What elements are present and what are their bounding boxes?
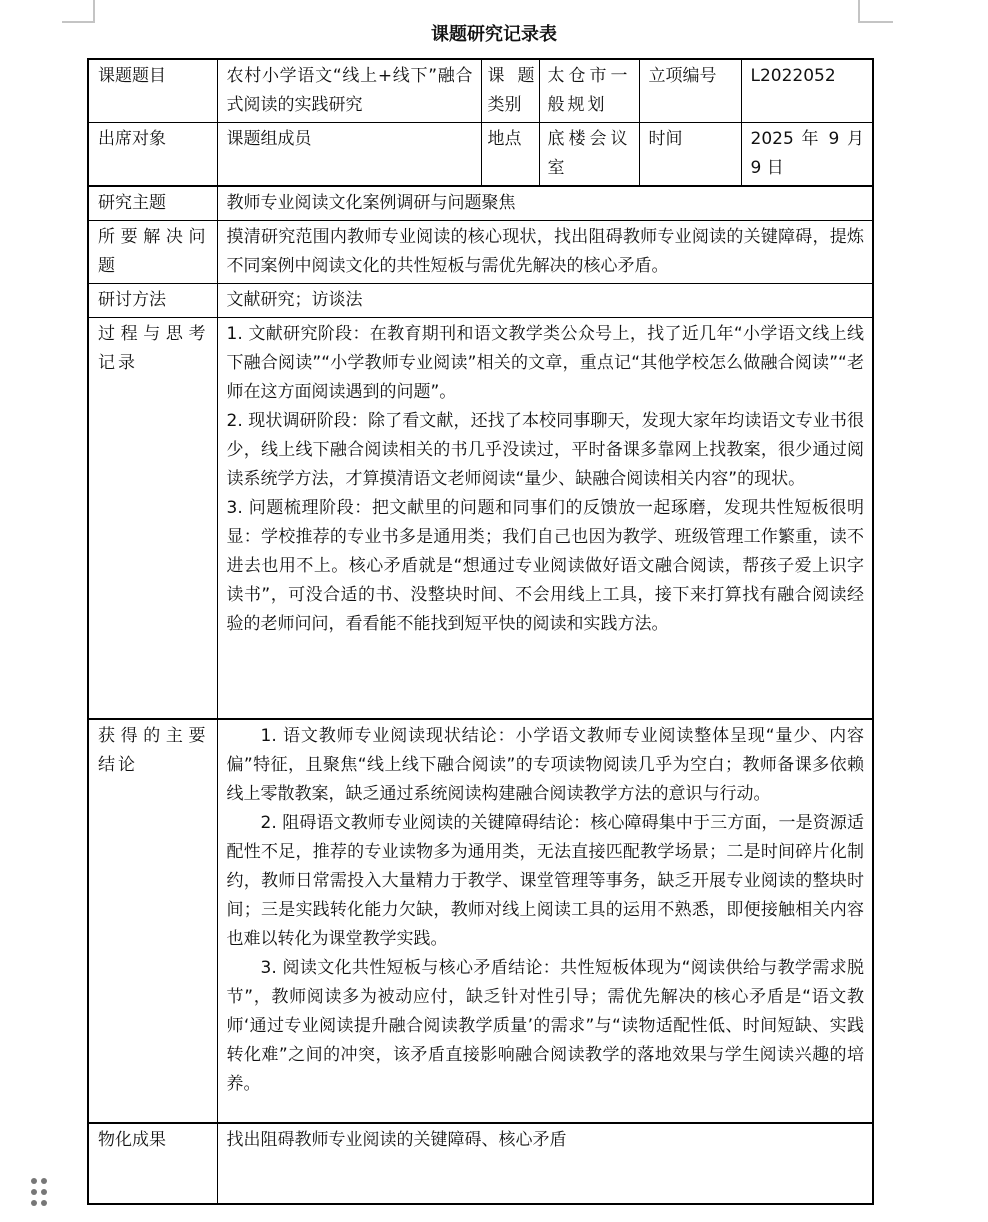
table-row-method: 研讨方法 文献研究；访谈法 (88, 284, 873, 318)
research-record-table: 课题题目 农村小学语文“线上+线下”融合式阅读的实践研究 课题类别 太仓市一般规… (87, 58, 874, 1205)
document-title: 课题研究记录表 (0, 20, 988, 46)
drag-dot (31, 1189, 37, 1195)
time-label: 时间 (639, 123, 741, 187)
method-value[interactable]: 文献研究；访谈法 (217, 284, 873, 318)
table-row-attendees: 出席对象 课题组成员 地点 底楼会议室 时间 2025 年 9 月 9 日 (88, 123, 873, 187)
problem-value[interactable]: 摸清研究范围内教师专业阅读的核心现状，找出阻碍教师专业阅读的关键障碍，提炼不同案… (217, 221, 873, 284)
method-label: 研讨方法 (88, 284, 217, 318)
conclusion-paragraph-3: 3. 阅读文化共性短板与核心矛盾结论：共性短板体现为“阅读供给与教学需求脱节”，… (227, 954, 865, 1099)
category-label: 课题类别 (481, 59, 539, 123)
process-record-value[interactable]: 1. 文献研究阶段：在教育期刊和语文教学类公众号上，找了近几年“小学语文线上线下… (217, 318, 873, 719)
drag-dot (41, 1200, 47, 1206)
main-conclusions-label: 获得的主要结论 (88, 719, 217, 1123)
problem-label: 所要解决问题 (88, 221, 217, 284)
main-conclusions-value[interactable]: 1. 语文教师专业阅读现状结论：小学语文教师专业阅读整体呈现“量少、内容偏”特征… (217, 719, 873, 1123)
table-row-problem: 所要解决问题 摸清研究范围内教师专业阅读的核心现状，找出阻碍教师专业阅读的关键障… (88, 221, 873, 284)
project-number-value[interactable]: L2022052 (741, 59, 873, 123)
table-row-outcome: 物化成果 找出阻碍教师专业阅读的关键障碍、核心矛盾 (88, 1123, 873, 1204)
drag-dot (41, 1178, 47, 1184)
attendees-value[interactable]: 课题组成员 (217, 123, 481, 187)
table-row-process-record: 过程与思考记录 1. 文献研究阶段：在教育期刊和语文教学类公众号上，找了近几年“… (88, 318, 873, 719)
drag-dot (31, 1178, 37, 1184)
table-row-research-theme: 研究主题 教师专业阅读文化案例调研与问题聚焦 (88, 186, 873, 221)
table-row-topic: 课题题目 农村小学语文“线上+线下”融合式阅读的实践研究 课题类别 太仓市一般规… (88, 59, 873, 123)
time-value[interactable]: 2025 年 9 月 9 日 (741, 123, 873, 187)
table-row-main-conclusions: 获得的主要结论 1. 语文教师专业阅读现状结论：小学语文教师专业阅读整体呈现“量… (88, 719, 873, 1123)
research-theme-label: 研究主题 (88, 186, 217, 221)
project-number-label: 立项编号 (639, 59, 741, 123)
attendees-label: 出席对象 (88, 123, 217, 187)
research-theme-value[interactable]: 教师专业阅读文化案例调研与问题聚焦 (217, 186, 873, 221)
process-paragraph-3: 3. 问题梳理阶段：把文献里的问题和同事们的反馈放一起琢磨，发现共性短板很明显：… (227, 494, 865, 639)
conclusion-paragraph-2: 2. 阻碍语文教师专业阅读的关键障碍结论：核心障碍集中于三方面，一是资源适配性不… (227, 809, 865, 954)
topic-label: 课题题目 (88, 59, 217, 123)
outcome-value[interactable]: 找出阻碍教师专业阅读的关键障碍、核心矛盾 (217, 1123, 873, 1204)
location-label: 地点 (481, 123, 539, 187)
drag-dot (31, 1200, 37, 1206)
outcome-label: 物化成果 (88, 1123, 217, 1204)
category-value[interactable]: 太仓市一般规划 (539, 59, 639, 123)
location-value[interactable]: 底楼会议室 (539, 123, 639, 187)
process-paragraph-1: 1. 文献研究阶段：在教育期刊和语文教学类公众号上，找了近几年“小学语文线上线下… (227, 320, 865, 407)
topic-value[interactable]: 农村小学语文“线上+线下”融合式阅读的实践研究 (217, 59, 481, 123)
drag-handle-icon[interactable] (31, 1178, 47, 1210)
process-paragraph-2: 2. 现状调研阶段：除了看文献，还找了本校同事聊天，发现大家年均读语文专业书很少… (227, 407, 865, 494)
drag-dot (41, 1189, 47, 1195)
process-record-label: 过程与思考记录 (88, 318, 217, 719)
conclusion-paragraph-1: 1. 语文教师专业阅读现状结论：小学语文教师专业阅读整体呈现“量少、内容偏”特征… (227, 722, 865, 809)
